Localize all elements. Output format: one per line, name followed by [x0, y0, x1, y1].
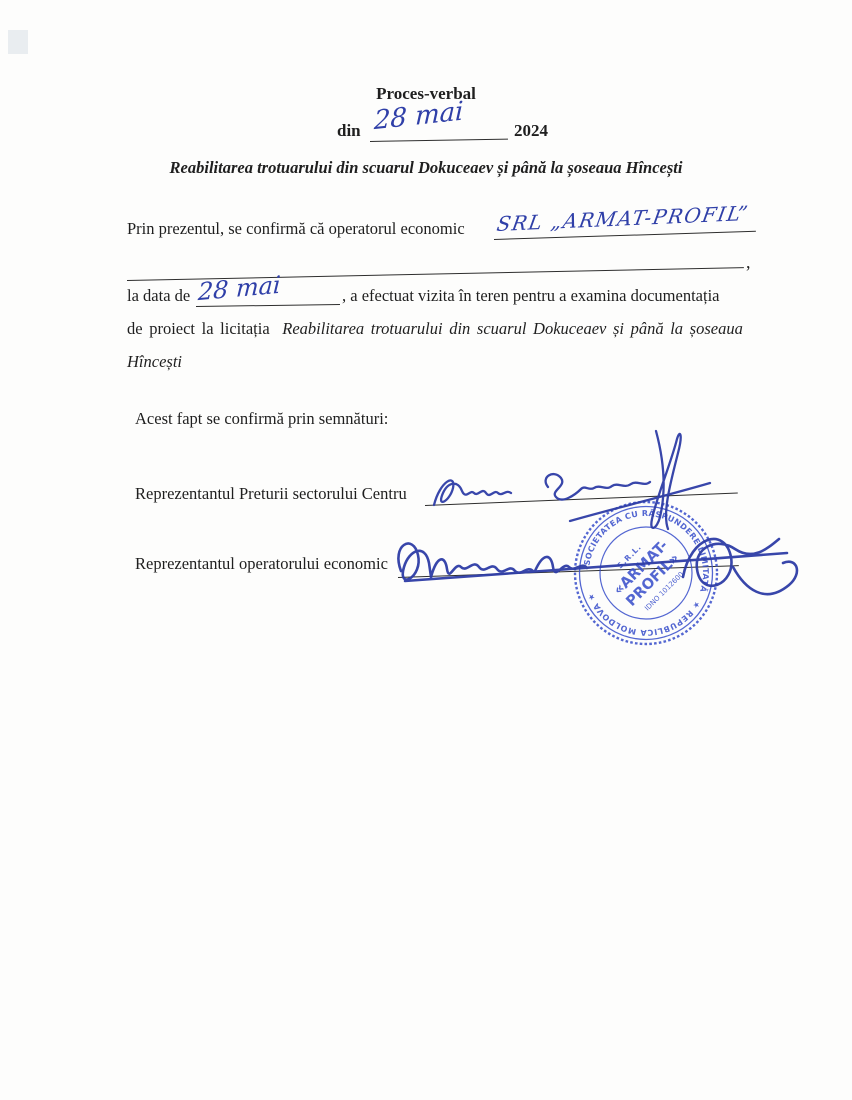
para2-line3: Hîncești: [127, 352, 757, 372]
signatory-label-pretura: Reprezentantul Preturii sectorului Centr…: [135, 484, 407, 504]
date-prefix: din: [337, 121, 361, 141]
handwritten-operator-name: SRL „ARMAT-PROFIL”: [495, 201, 751, 236]
para2-line1-rest: , a efectuat vizita în teren pentru a ex…: [342, 286, 720, 306]
signature-operator: [385, 505, 805, 645]
scan-artifact: [8, 30, 28, 54]
para2-line2-roman: de proiect la licitația: [127, 319, 270, 338]
trailing-comma: ,: [746, 252, 751, 273]
signatory-label-operator: Reprezentantul operatorului economic: [135, 554, 388, 574]
para1-text: Prin prezentul, se confirmă că operatoru…: [127, 219, 465, 239]
para2-line2-italic: Reabilitarea trotuarului din scuarul Dok…: [282, 319, 743, 338]
confirmation-line: Acest fapt se confirmă prin semnături:: [135, 409, 388, 429]
subject-heading: Reabilitarea trotuarului din scuarul Dok…: [0, 158, 852, 178]
date-year: 2024: [514, 121, 548, 141]
date-blank-line: [370, 139, 508, 142]
scanned-document-page: Proces-verbal din 28 mai 2024 Reabilitar…: [0, 0, 852, 1100]
para2-lead: la data de: [127, 286, 190, 305]
para2-line2: de proiect la licitația Reabilitarea tro…: [127, 319, 757, 339]
